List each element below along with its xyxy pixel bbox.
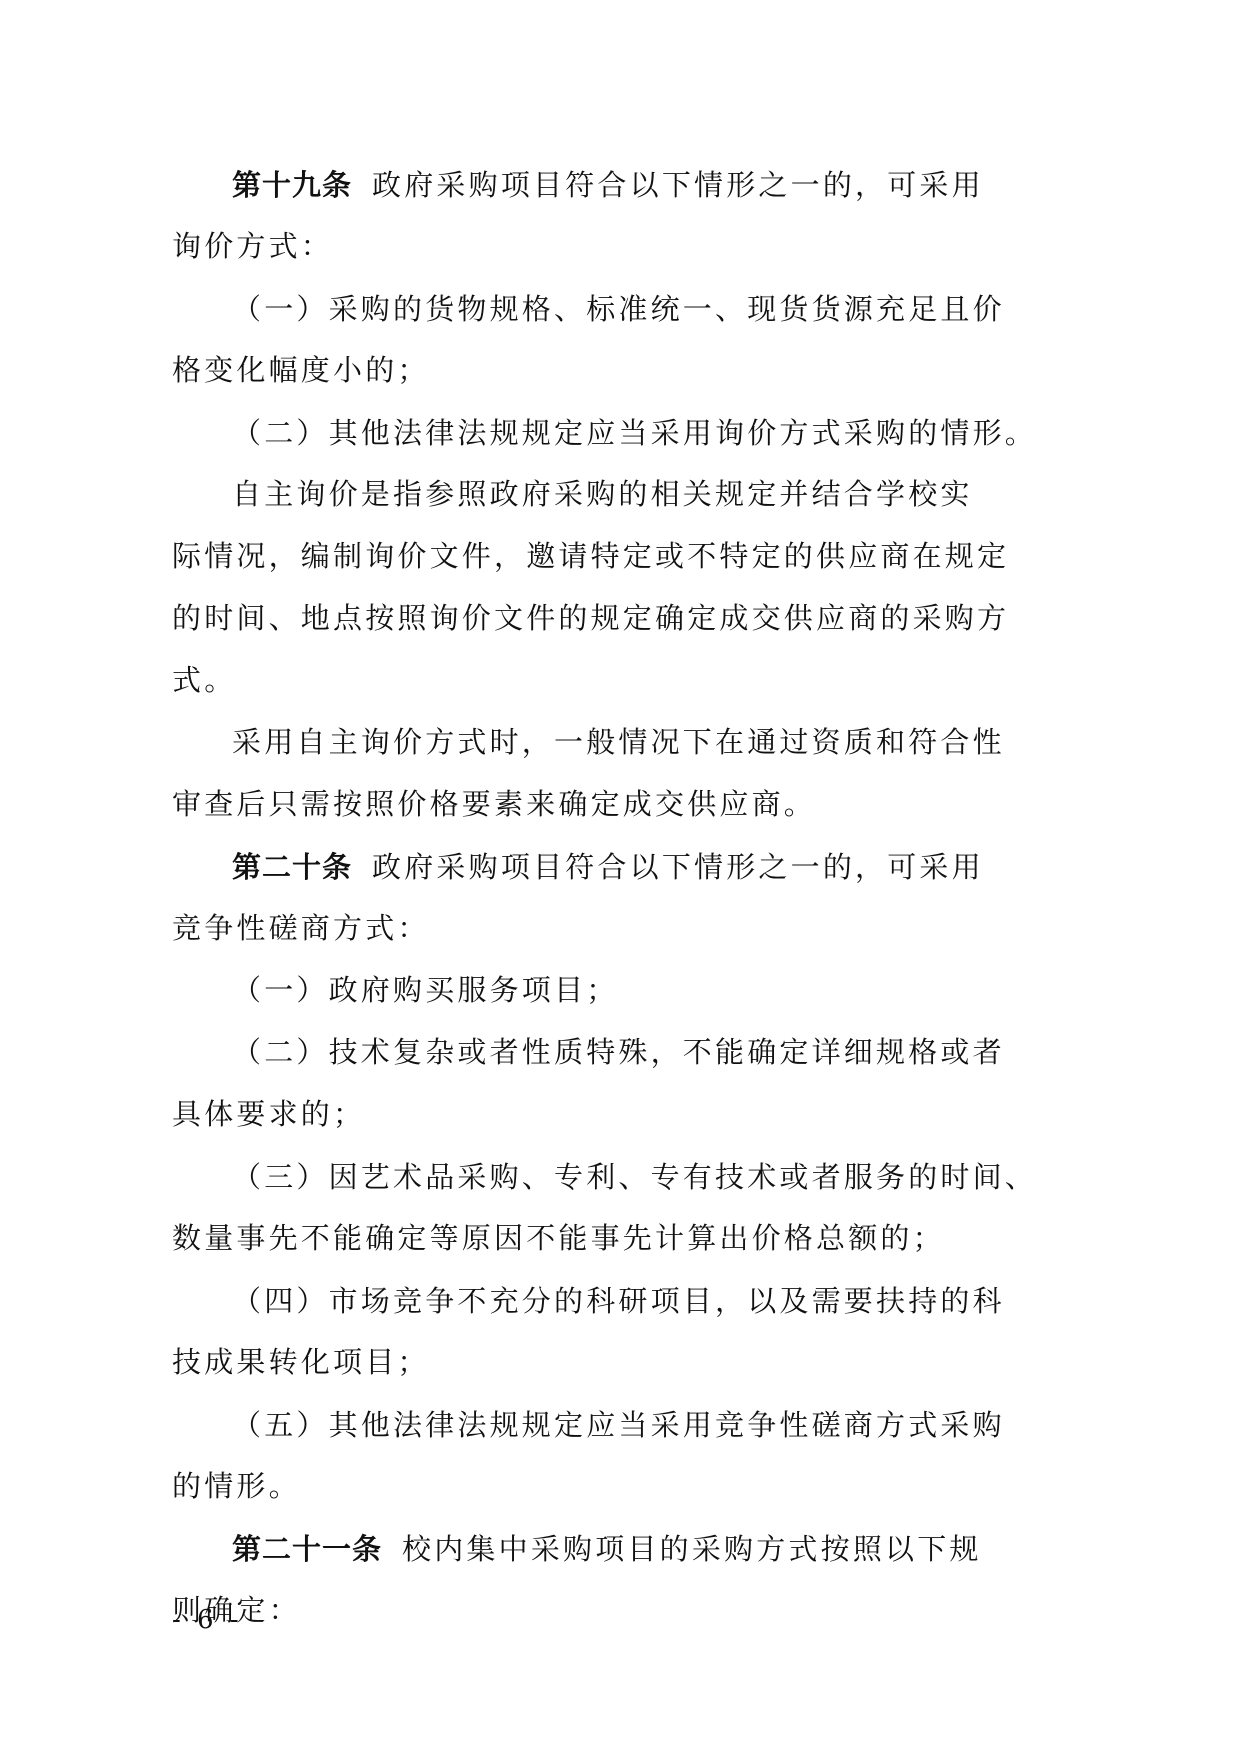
line-text: （四）市场竞争不充分的科研项目，以及需要扶持的科	[232, 1284, 1005, 1318]
text-line: 采用自主询价方式时，一般情况下在通过资质和符合性	[232, 722, 1112, 762]
article-number: 第十九条	[232, 168, 352, 202]
text-line: 技成果转化项目；	[172, 1342, 1052, 1382]
line-text: 审查后只需按照价格要素来确定成交供应商。	[172, 787, 816, 821]
text-line: 的时间、地点按照询价文件的规定确定成交供应商的采购方	[172, 598, 1052, 638]
article-heading-line: 第二十一条校内集中采购项目的采购方式按照以下规	[232, 1529, 1112, 1569]
article-heading-line: 第十九条政府采购项目符合以下情形之一的，可采用	[232, 165, 1112, 205]
text-line: 的情形。	[172, 1466, 1052, 1506]
article-number: 第二十一条	[232, 1532, 382, 1566]
line-text: 询价方式：	[172, 229, 333, 263]
text-line: 格变化幅度小的；	[172, 350, 1052, 390]
line-text: 的时间、地点按照询价文件的规定确定成交供应商的采购方	[172, 601, 1009, 635]
text-line: 具体要求的；	[172, 1094, 1052, 1134]
text-line: 竞争性磋商方式：	[172, 908, 1052, 948]
text-line: （二）其他法律法规规定应当采用询价方式采购的情形。	[232, 413, 1112, 453]
line-text: 自主询价是指参照政府采购的相关规定并结合学校实	[232, 477, 973, 511]
text-line: （五）其他法律法规规定应当采用竞争性磋商方式采购	[232, 1405, 1112, 1445]
text-line: （四）市场竞争不充分的科研项目，以及需要扶持的科	[232, 1281, 1112, 1321]
line-text: （五）其他法律法规规定应当采用竞争性磋商方式采购	[232, 1408, 1005, 1442]
line-text: 政府采购项目符合以下情形之一的，可采用	[372, 168, 984, 202]
text-line: 自主询价是指参照政府采购的相关规定并结合学校实	[232, 474, 1112, 514]
text-line: （一）政府购买服务项目；	[232, 970, 1112, 1010]
document-page: 第十九条政府采购项目符合以下情形之一的，可采用询价方式：（一）采购的货物规格、标…	[0, 0, 1240, 1753]
line-text: （三）因艺术品采购、专利、专有技术或者服务的时间、	[232, 1160, 1037, 1194]
line-text: （二）技术复杂或者性质特殊，不能确定详细规格或者	[232, 1035, 1005, 1069]
text-line: （三）因艺术品采购、专利、专有技术或者服务的时间、	[232, 1157, 1112, 1197]
line-text: 政府采购项目符合以下情形之一的，可采用	[372, 850, 984, 884]
text-line: 际情况，编制询价文件，邀请特定或不特定的供应商在规定	[172, 536, 1052, 576]
line-text: 采用自主询价方式时，一般情况下在通过资质和符合性	[232, 725, 1005, 759]
text-line: （二）技术复杂或者性质特殊，不能确定详细规格或者	[232, 1032, 1112, 1072]
text-line: 则确定：	[172, 1590, 1052, 1630]
line-text: （一）政府购买服务项目；	[232, 973, 618, 1007]
line-text: 格变化幅度小的；	[172, 353, 430, 387]
line-text: 技成果转化项目；	[172, 1345, 430, 1379]
line-text: 的情形。	[172, 1469, 301, 1503]
text-line: 式。	[172, 660, 1052, 700]
text-line: （一）采购的货物规格、标准统一、现货货源充足且价	[232, 289, 1112, 329]
line-text: 具体要求的；	[172, 1097, 365, 1131]
text-line: 审查后只需按照价格要素来确定成交供应商。	[172, 784, 1052, 824]
article-number: 第二十条	[232, 850, 352, 884]
article-heading-line: 第二十条政府采购项目符合以下情形之一的，可采用	[232, 847, 1112, 887]
line-text: （一）采购的货物规格、标准统一、现货货源充足且价	[232, 292, 1005, 326]
line-text: 校内集中采购项目的采购方式按照以下规	[402, 1532, 982, 1566]
line-text: 际情况，编制询价文件，邀请特定或不特定的供应商在规定	[172, 539, 1009, 573]
line-text: 数量事先不能确定等原因不能事先计算出价格总额的；	[172, 1221, 945, 1255]
line-text: 式。	[172, 663, 236, 697]
text-line: 数量事先不能确定等原因不能事先计算出价格总额的；	[172, 1218, 1052, 1258]
line-text: （二）其他法律法规规定应当采用询价方式采购的情形。	[232, 416, 1037, 450]
text-line: 询价方式：	[172, 226, 1052, 266]
line-text: 竞争性磋商方式：	[172, 911, 430, 945]
page-number: - 6 -	[172, 1602, 243, 1638]
